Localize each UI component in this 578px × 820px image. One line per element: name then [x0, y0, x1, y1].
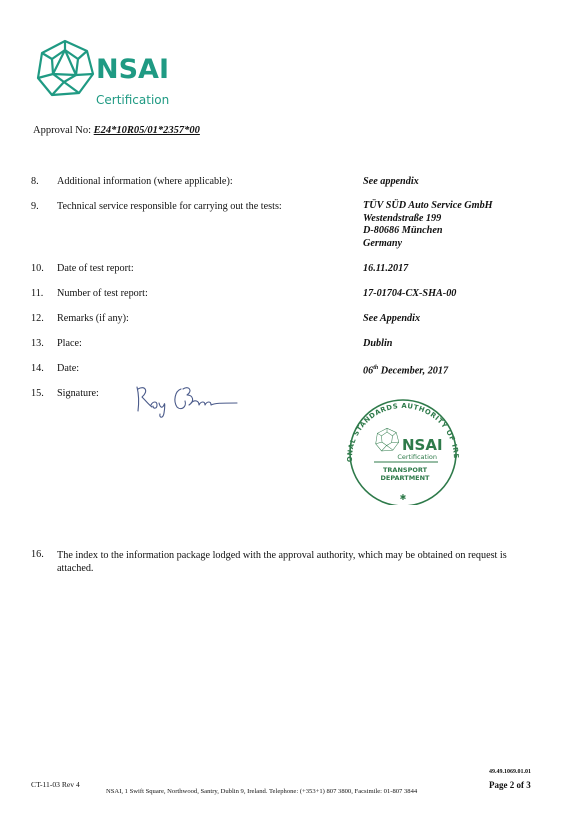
approval-label: Approval No:	[33, 125, 91, 136]
svg-text:DEPARTMENT: DEPARTMENT	[381, 474, 431, 482]
svg-text:✱: ✱	[400, 493, 407, 502]
item-12-number: 12.	[31, 313, 44, 324]
nsai-polyhedron-icon	[34, 38, 96, 100]
item-16-number: 16.	[31, 549, 44, 560]
footer-address: NSAI, 1 Swift Square, Northwood, Santry,…	[106, 788, 417, 795]
logo-subtitle: Certification	[96, 93, 169, 107]
item-8-label: Additional information (where applicable…	[57, 176, 233, 187]
form-code: CT-11-03 Rev 4	[31, 780, 80, 789]
item-14-month-year: December, 2017	[378, 365, 448, 376]
item-9-label: Technical service responsible for carryi…	[57, 201, 282, 212]
approval-value: E24*10R05/01*2357*00	[94, 125, 200, 136]
item-15-number: 15.	[31, 388, 44, 399]
svg-text:Certification: Certification	[397, 453, 437, 461]
item-9-value-line-4: Germany	[363, 238, 493, 251]
approval-number: Approval No: E24*10R05/01*2357*00	[33, 125, 200, 136]
item-14-label: Date:	[57, 363, 79, 374]
item-13-label: Place:	[57, 338, 82, 349]
item-15-label: Signature:	[57, 388, 99, 399]
item-9-value-line-3: D-80686 München	[363, 225, 493, 238]
item-9-value: TÜV SÜD Auto Service GmbH Westendstraße …	[363, 200, 493, 250]
item-13-number: 13.	[31, 338, 44, 349]
item-13-value: Dublin	[363, 338, 392, 351]
item-10-number: 10.	[31, 263, 44, 274]
item-9-value-line-2: Westendstraße 199	[363, 213, 493, 226]
item-8-value: See appendix	[363, 176, 419, 189]
page-number: Page 2 of 3	[489, 780, 531, 790]
document-reference: 49.49.1069.01.01	[489, 769, 531, 775]
item-14-day: 06	[363, 365, 373, 376]
item-11-label: Number of test report:	[57, 288, 148, 299]
item-10-label: Date of test report:	[57, 263, 134, 274]
signature-image	[133, 381, 243, 421]
item-14-number: 14.	[31, 363, 44, 374]
item-9-value-line-1: TÜV SÜD Auto Service GmbH	[363, 200, 493, 213]
nsai-logo: NSAI Certification	[34, 38, 194, 113]
svg-text:TRANSPORT: TRANSPORT	[383, 466, 428, 474]
item-9-number: 9.	[31, 201, 39, 212]
nsai-official-stamp: NATIONAL STANDARDS AUTHORITY OF IRELAND …	[338, 397, 468, 505]
logo-wordmark: NSAI	[96, 54, 169, 85]
item-16-text: The index to the information package lod…	[57, 549, 517, 575]
item-12-label: Remarks (if any):	[57, 313, 129, 324]
svg-text:NSAI: NSAI	[402, 436, 443, 454]
item-11-number: 11.	[31, 288, 43, 299]
item-14-value: 06th December, 2017	[363, 362, 448, 378]
item-11-value: 17-01704-CX-SHA-00	[363, 288, 456, 301]
item-8-number: 8.	[31, 176, 39, 187]
item-12-value: See Appendix	[363, 313, 420, 326]
item-10-value: 16.11.2017	[363, 263, 408, 276]
